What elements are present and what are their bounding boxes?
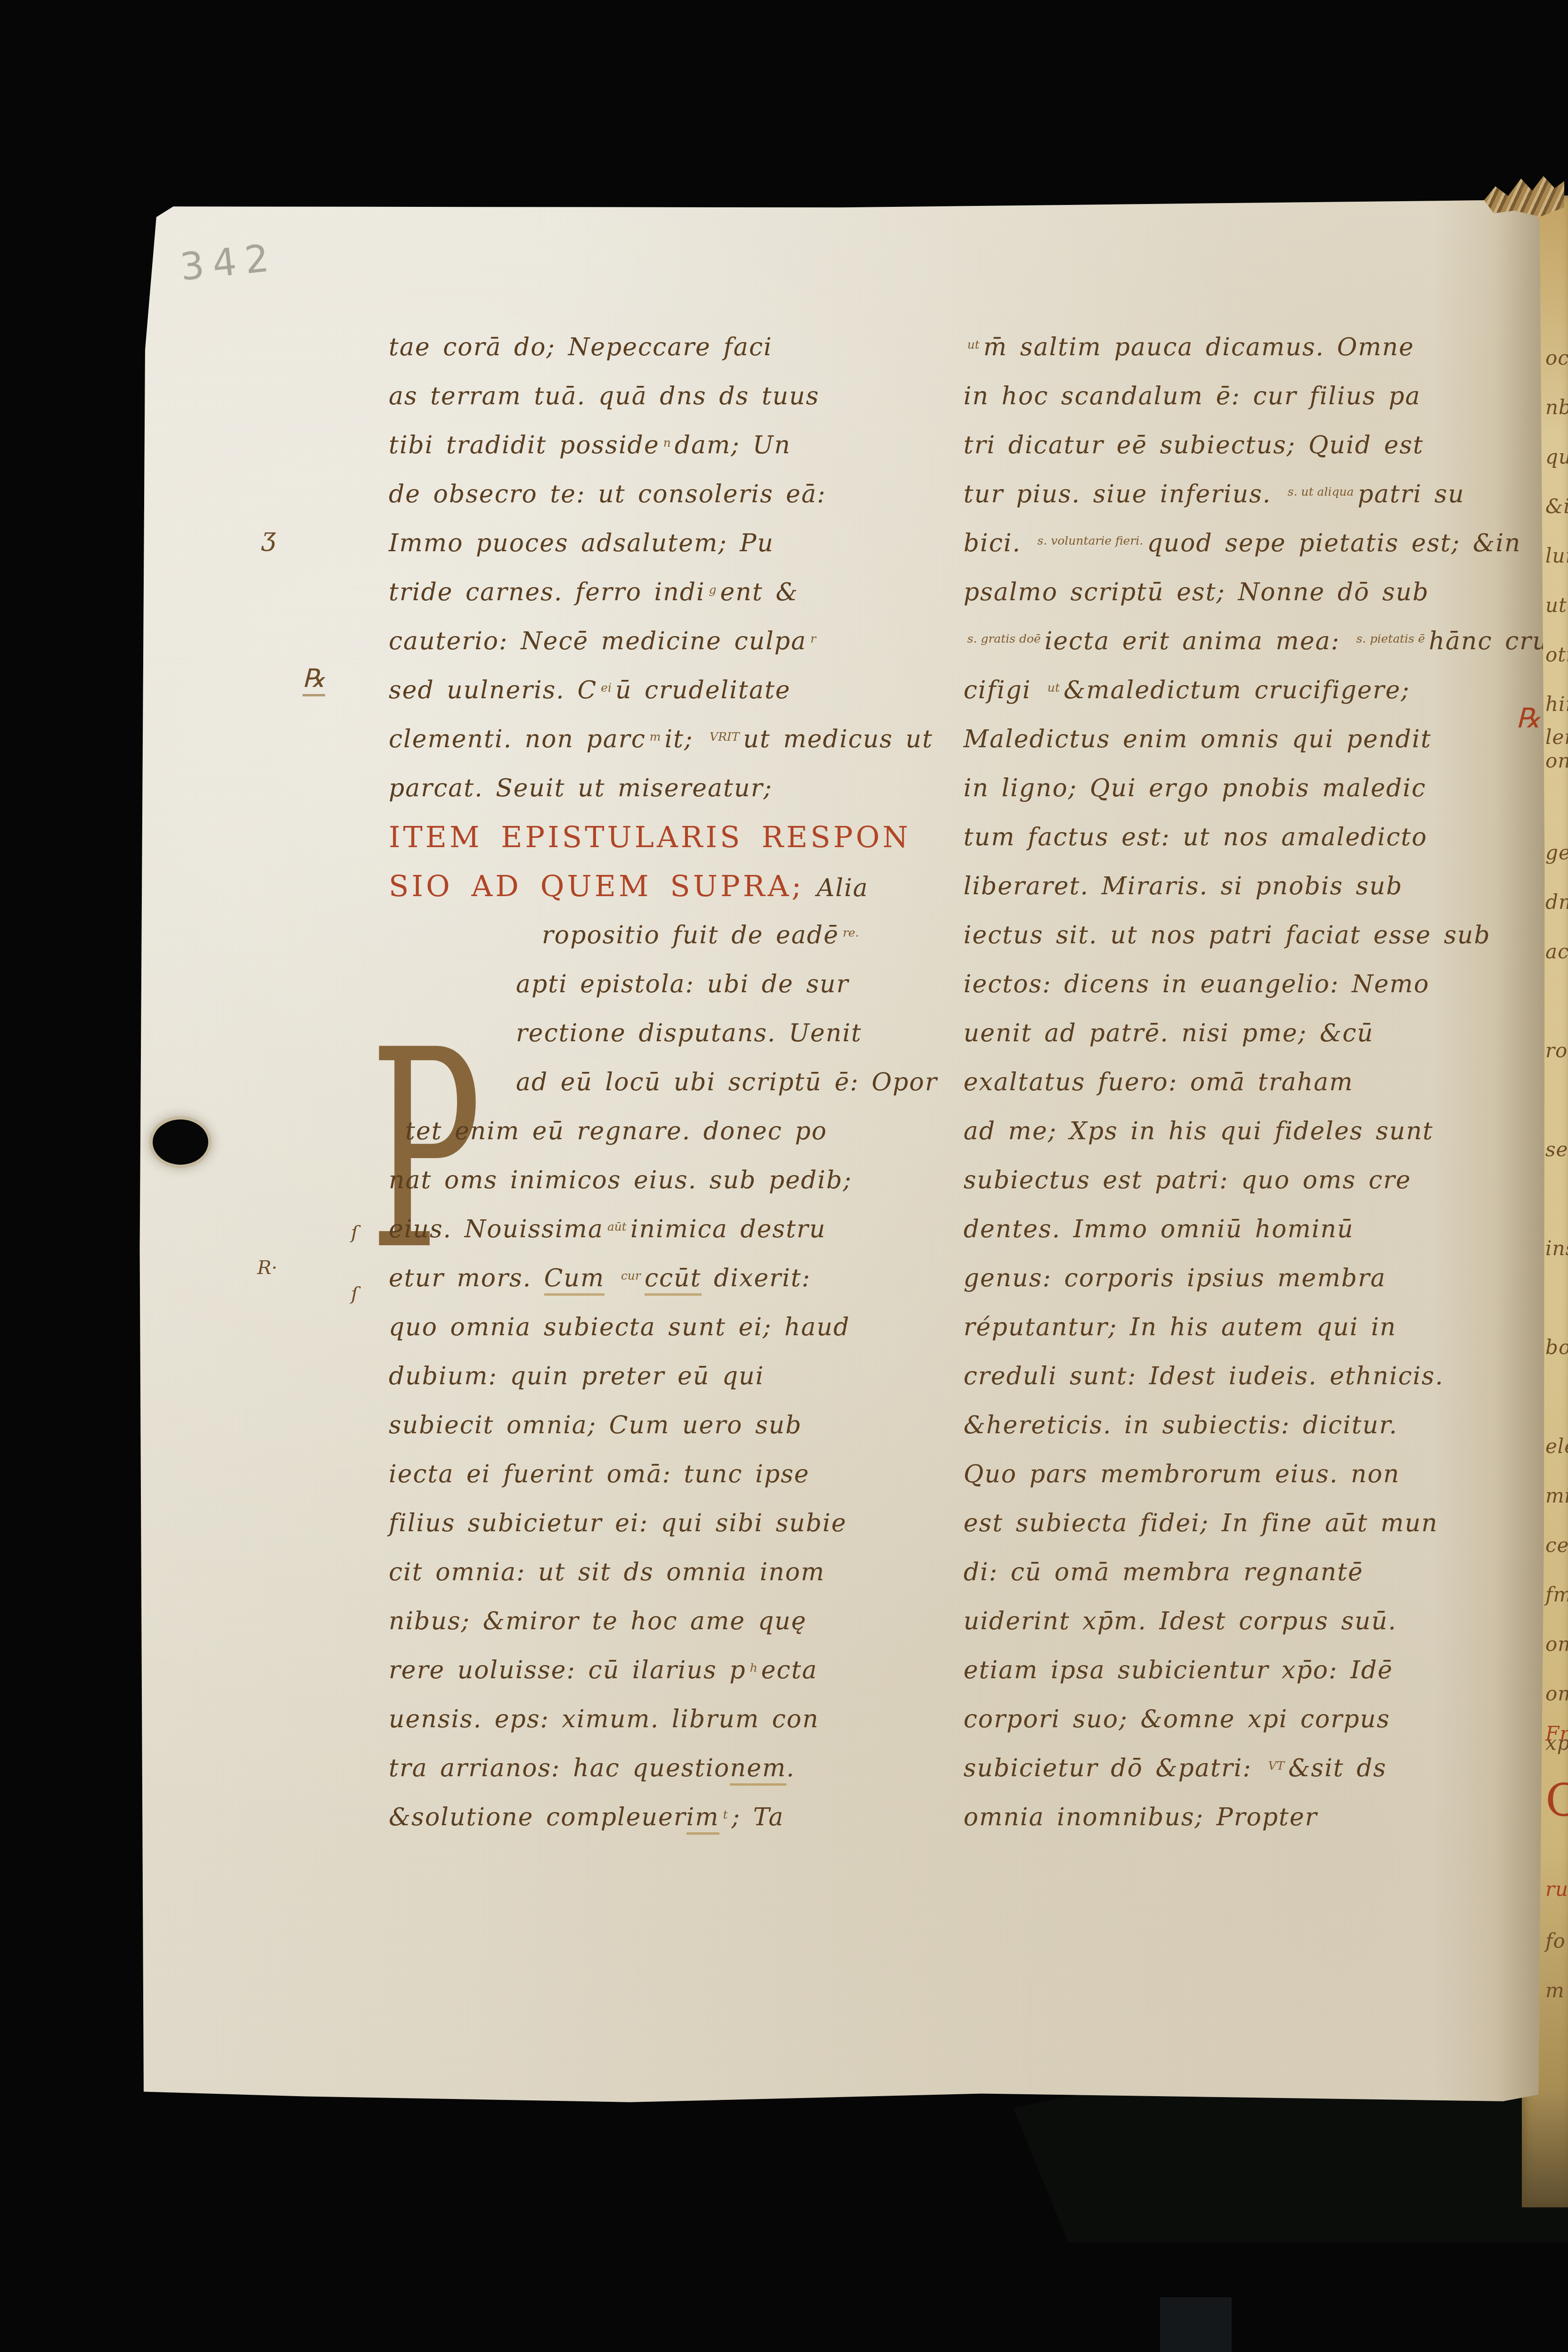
- edge-text-fragment: uth: [1545, 594, 1568, 617]
- text-line: utm̄ saltim pauca dicamus. Omne: [964, 323, 1519, 372]
- interlinear-gloss: g: [709, 583, 717, 596]
- text-line: tae corā do; Nepeccare faci: [389, 323, 987, 372]
- edge-text-fragment: ele: [1545, 1435, 1568, 1458]
- rubric-text: ITEM EPISTULARIS RESPON: [389, 820, 911, 854]
- text-line: tum factus est: ut nos amaledicto: [964, 813, 1519, 862]
- interlinear-gloss: cur: [621, 1269, 641, 1282]
- text-segment: m̄ saltim pauca dicamus. Omne: [983, 333, 1414, 361]
- edge-text-fragment: Fr: [1545, 1722, 1568, 1745]
- text-line: rectione disputans. Uenit: [389, 1009, 987, 1058]
- interlinear-gloss: t: [723, 1808, 728, 1821]
- text-segment: inimica destru: [630, 1215, 826, 1243]
- text-line: genus: corporis ipsius membra: [964, 1254, 1519, 1303]
- text-line: nibus; &miror te hoc ame quę: [389, 1597, 987, 1646]
- interlinear-gloss: s. voluntarie fieri.: [1037, 534, 1143, 547]
- text-segment: iectos: dicens in euangelio: Nemo: [964, 970, 1429, 998]
- text-line: subicietur dō &patri: VT&sit ds: [964, 1744, 1519, 1793]
- text-segment: dubium: quin preter eū qui: [389, 1362, 764, 1390]
- text-segment: tet enim eū regnare. donec po: [405, 1117, 827, 1145]
- interlinear-gloss: VRIT: [710, 730, 739, 743]
- text-line: tri dicatur eē subiectus; Quid est: [964, 421, 1519, 470]
- text-line: etiam ipsa subicientur xp̄o: Idē: [964, 1646, 1519, 1695]
- text-segment: subiecit omnia; Cum uero sub: [389, 1411, 802, 1439]
- interlinear-gloss: aūt: [607, 1220, 627, 1233]
- text-segment: apti epistola: ubi de sur: [516, 970, 849, 998]
- interlinear-gloss: s. ut aliqua: [1288, 485, 1354, 498]
- text-line: Quo pars membrorum eius. non: [964, 1450, 1519, 1499]
- interlinear-gloss: s. gratis doē: [967, 632, 1041, 645]
- text-line: SIO AD QUEM SUPRA; Alia: [389, 862, 987, 911]
- text-segment: di: cū omā membra regnantē: [964, 1558, 1364, 1586]
- binding-threads: [1484, 173, 1564, 217]
- text-segment: patri su: [1357, 480, 1464, 508]
- text-line: filius subicietur ei: qui sibi subie: [389, 1499, 987, 1548]
- parchment-hole: [153, 1119, 208, 1165]
- edge-text-fragment: quo: [1545, 445, 1568, 468]
- text-segment: iecta erit anima mea:: [1045, 627, 1353, 655]
- text-line: cit omnia: ut sit ds omnia inom: [389, 1548, 987, 1597]
- text-line: réputantur; In his autem qui in: [964, 1303, 1519, 1352]
- text-segment: [604, 1264, 617, 1292]
- text-line: cifigi ut&maledictum crucifigere;: [964, 666, 1519, 715]
- text-segment: etiam ipsa subicientur xp̄o: Idē: [964, 1656, 1393, 1684]
- text-line: quo omnia subiecta sunt ei; haud: [389, 1303, 987, 1352]
- text-line: tet enim eū regnare. donec po: [389, 1107, 987, 1156]
- edge-text-fragment: cet: [1545, 1534, 1568, 1557]
- text-segment: cit omnia: ut sit ds omnia inom: [389, 1558, 825, 1586]
- edge-text-fragment: acc: [1545, 940, 1568, 963]
- edge-text-fragment: ru.: [1545, 1878, 1568, 1901]
- text-segment: eius. Nouissima: [389, 1215, 604, 1243]
- text-line: omnia inomnibus; Propter: [964, 1793, 1519, 1842]
- text-segment: ad eū locū ubi scriptū ē: Opor: [516, 1068, 938, 1096]
- text-segment: dixerit:: [702, 1264, 811, 1292]
- text-segment: quod sepe pietatis est; &in: [1147, 529, 1521, 557]
- edge-text-fragment: bon: [1545, 1336, 1568, 1359]
- text-line: in ligno; Qui ergo pnobis maledic: [964, 764, 1519, 813]
- text-line: &solutione compleuerimt; Ta: [389, 1793, 987, 1842]
- text-segment: psalmo scriptū est; Nonne dō sub: [964, 578, 1429, 606]
- edge-text-fragment: oti;: [1545, 643, 1568, 666]
- text-segment: nibus; &miror te hoc ame quę: [389, 1607, 807, 1635]
- text-line: &hereticis. in subiectis: dicitur.: [964, 1401, 1519, 1450]
- interlinear-gloss: h: [750, 1661, 757, 1674]
- edge-text-fragment: C: [1545, 1774, 1568, 1827]
- text-segment: tum factus est: ut nos amaledicto: [964, 823, 1428, 851]
- text-segment: Alia: [804, 874, 868, 902]
- edge-text-fragment: lem: [1545, 726, 1568, 749]
- text-line: etur mors. Cum curccūt dixerit:: [389, 1254, 987, 1303]
- text-line: uiderint xp̄m. Idest corpus suū.: [964, 1597, 1519, 1646]
- text-segment: ecta: [761, 1656, 818, 1684]
- text-segment: liberaret. Miraris. si pnobis sub: [964, 872, 1403, 900]
- text-segment: Immo puoces adsalutem; Pu: [389, 529, 774, 557]
- text-segment: subicietur dō &patri:: [964, 1754, 1265, 1782]
- interlinear-gloss: r: [810, 632, 816, 645]
- text-line: di: cū omā membra regnantē: [964, 1548, 1519, 1597]
- text-segment: tri dicatur eē subiectus; Quid est: [964, 431, 1424, 459]
- text-line: tibi tradidit possidendam; Un: [389, 421, 987, 470]
- text-segment: dam; Un: [675, 431, 791, 459]
- text-segment: hānc cru: [1429, 627, 1549, 655]
- text-segment: rectione disputans. Uenit: [516, 1019, 862, 1047]
- text-segment: etur mors.: [389, 1264, 544, 1292]
- text-line: nat oms inimicos eius. sub pedib;: [389, 1156, 987, 1205]
- text-segment: iecta ei fuerint omā: tunc ipse: [389, 1460, 809, 1488]
- text-line: clementi. non parcmit; VRITut medicus ut: [389, 715, 987, 764]
- cradle-post: [1160, 2297, 1232, 2352]
- text-segment: in hoc scandalum ē: cur filius pa: [964, 382, 1421, 410]
- text-segment: genus: corporis ipsius membra: [964, 1264, 1386, 1292]
- text-segment: de obsecro te: ut consoleris eā:: [389, 480, 826, 508]
- text-line: exaltatus fuero: omā traham: [964, 1058, 1519, 1107]
- edge-text-fragment: fo: [1545, 1929, 1566, 1952]
- text-segment: ; Ta: [732, 1803, 784, 1831]
- interlinear-gloss: ut: [967, 338, 980, 351]
- text-line: rere uoluisse: cū ilarius phecta: [389, 1646, 987, 1695]
- text-segment: uenit ad patrē. nisi pme; &cū: [964, 1019, 1374, 1047]
- text-line: cauterio: Necē medicine culpar: [389, 617, 987, 666]
- edge-text-fragment: hin: [1545, 693, 1568, 716]
- text-segment: nem: [730, 1754, 786, 1786]
- text-segment: iectus sit. ut nos patri faciat esse sub: [964, 921, 1491, 949]
- text-segment: bici.: [964, 529, 1034, 557]
- margin-mark: ſ: [351, 1222, 358, 1243]
- folio-number-pencil: 342: [178, 235, 279, 289]
- text-segment: Quo pars membrorum eius. non: [964, 1460, 1400, 1488]
- interlinear-gloss: VT: [1268, 1759, 1285, 1772]
- text-segment: cauterio: Necē medicine culpa: [389, 627, 807, 655]
- edge-text-fragment: &ig: [1545, 495, 1568, 518]
- text-segment: Maledictus enim omnis qui pendit: [964, 725, 1431, 753]
- text-segment: uiderint xp̄m. Idest corpus suū.: [964, 1607, 1397, 1635]
- text-line: sed uulneris. Ceiū crudelitate: [389, 666, 987, 715]
- text-segment: cifigi: [964, 676, 1044, 704]
- edge-text-fragment: fm: [1545, 1583, 1568, 1606]
- interlinear-gloss: ut: [1047, 681, 1060, 694]
- interlinear-gloss: n: [663, 436, 671, 449]
- text-segment: .: [786, 1754, 795, 1782]
- text-line: Immo puoces adsalutem; Pu: [389, 519, 987, 568]
- edge-text-fragment: oni: [1545, 749, 1568, 772]
- text-segment: uensis. eps: ximum. librum con: [389, 1705, 819, 1733]
- text-segment: est subiecta fidei; In fine aūt mun: [964, 1509, 1438, 1537]
- text-line: psalmo scriptū est; Nonne dō sub: [964, 568, 1519, 617]
- edge-text-fragment: om: [1545, 1633, 1568, 1656]
- text-line: bici. s. voluntarie fieri.quod sepe piet…: [964, 519, 1519, 568]
- text-segment: subiectus est patri: quo oms cre: [964, 1166, 1411, 1194]
- text-segment: im: [686, 1803, 719, 1835]
- text-line: subiecit omnia; Cum uero sub: [389, 1401, 987, 1450]
- text-segment: clementi. non parc: [389, 725, 646, 753]
- text-line: parcat. Seuit ut misereatur;: [389, 764, 987, 813]
- text-line: iectos: dicens in euangelio: Nemo: [964, 960, 1519, 1009]
- text-line: liberaret. Miraris. si pnobis sub: [964, 862, 1519, 911]
- text-line: tur pius. siue inferius. s. ut aliquapat…: [964, 470, 1519, 519]
- text-segment: tibi tradidit posside: [389, 431, 660, 459]
- text-segment: &hereticis. in subiectis: dicitur.: [964, 1411, 1398, 1439]
- text-line: de obsecro te: ut consoleris eā:: [389, 470, 987, 519]
- text-segment: ropositio fuit de eadē: [542, 921, 839, 949]
- margin-mark: ʒ: [261, 522, 276, 552]
- text-segment: quo omnia subiecta sunt ei; haud: [389, 1313, 850, 1341]
- interlinear-gloss: ei: [601, 681, 612, 694]
- text-segment: filius subicietur ei: qui sibi subie: [389, 1509, 847, 1537]
- edge-text-fragment: m: [1545, 1979, 1565, 2002]
- text-line: dentes. Immo omniū hominū: [964, 1205, 1519, 1254]
- text-line: s. gratis doēiecta erit anima mea: s. pi…: [964, 617, 1519, 666]
- text-segment: it;: [664, 725, 706, 753]
- text-segment: exaltatus fuero: omā traham: [964, 1068, 1354, 1096]
- text-line: eius. Nouissimaaūtinimica destru: [389, 1205, 987, 1254]
- text-segment: in ligno; Qui ergo pnobis maledic: [964, 774, 1426, 802]
- text-segment: &sit ds: [1288, 1754, 1387, 1782]
- text-segment: ū crudelitate: [615, 676, 791, 704]
- text-line: Maledictus enim omnis qui pendit: [964, 715, 1519, 764]
- text-segment: tae corā do; Nepeccare faci: [389, 333, 772, 361]
- text-line: uenit ad patrē. nisi pme; &cū: [964, 1009, 1519, 1058]
- text-line: tra arrianos: hac questionem.: [389, 1744, 987, 1793]
- manuscript-photo: ocnnbuquo&iglumuthoti;hinlemonigendnaccr…: [0, 0, 1568, 2352]
- text-line: creduli sunt: Idest iudeis. ethnicis.: [964, 1352, 1519, 1401]
- text-line: iecta ei fuerint omā: tunc ipse: [389, 1450, 987, 1499]
- text-segment: ut medicus ut: [743, 725, 933, 753]
- text-line: as terram tuā. quā dns ds tuus: [389, 372, 987, 421]
- parchment-leaf: 342 P tae corā do; Nepeccare facias terr…: [137, 197, 1545, 2110]
- text-column-left: tae corā do; Nepeccare facias terram tuā…: [389, 323, 987, 1842]
- text-line: corpori suo; &omne xpi corpus: [964, 1695, 1519, 1744]
- text-segment: nat oms inimicos eius. sub pedib;: [389, 1166, 852, 1194]
- text-line: iectus sit. ut nos patri faciat esse sub: [964, 911, 1519, 960]
- interlinear-gloss: m: [650, 730, 661, 743]
- text-segment: dentes. Immo omniū hominū: [964, 1215, 1354, 1243]
- text-line: ITEM EPISTULARIS RESPON: [389, 813, 987, 862]
- rubric-text: SIO AD QUEM SUPRA;: [389, 869, 804, 903]
- text-line: ad eū locū ubi scriptū ē: Opor: [389, 1058, 987, 1107]
- text-segment: tur pius. siue inferius.: [964, 480, 1284, 508]
- edge-text-fragment: sel: [1545, 1138, 1568, 1161]
- text-segment: ccūt: [645, 1264, 702, 1296]
- text-line: est subiecta fidei; In fine aūt mun: [964, 1499, 1519, 1548]
- edge-text-fragment: mi: [1545, 1484, 1568, 1507]
- text-segment: omnia inomnibus; Propter: [964, 1803, 1318, 1831]
- text-line: ad me; Xps in his qui fideles sunt: [964, 1107, 1519, 1156]
- margin-mark: ℞: [302, 663, 325, 696]
- text-line: ropositio fuit de eadēre.: [389, 911, 987, 960]
- text-line: uensis. eps: ximum. librum con: [389, 1695, 987, 1744]
- edge-text-fragment: om: [1545, 1682, 1568, 1705]
- text-segment: parcat. Seuit ut misereatur;: [389, 774, 773, 802]
- text-segment: tra arrianos: hac questio: [389, 1754, 730, 1782]
- text-segment: réputantur; In his autem qui in: [964, 1313, 1396, 1341]
- text-line: tride carnes. ferro indigent &: [389, 568, 987, 617]
- text-segment: rere uoluisse: cū ilarius p: [389, 1656, 746, 1684]
- text-segment: creduli sunt: Idest iudeis. ethnicis.: [964, 1362, 1444, 1390]
- margin-mark: ℞: [1516, 702, 1541, 734]
- text-line: in hoc scandalum ē: cur filius pa: [964, 372, 1519, 421]
- edge-text-fragment: gen: [1545, 841, 1568, 864]
- edge-text-fragment: rot: [1545, 1039, 1568, 1062]
- margin-mark: R·: [257, 1257, 278, 1279]
- interlinear-gloss: re.: [843, 926, 859, 939]
- edge-text-fragment: nbu: [1545, 396, 1568, 419]
- text-segment: tride carnes. ferro indi: [389, 578, 705, 606]
- text-segment: Cum: [544, 1264, 605, 1296]
- text-segment: ad me; Xps in his qui fideles sunt: [964, 1117, 1434, 1145]
- text-segment: sed uulneris. C: [389, 676, 597, 704]
- text-line: apti epistola: ubi de sur: [389, 960, 987, 1009]
- text-segment: &solutione compleuer: [389, 1803, 686, 1831]
- text-segment: ent &: [720, 578, 799, 606]
- text-column-right: utm̄ saltim pauca dicamus. Omnein hoc sc…: [964, 323, 1519, 1842]
- edge-text-fragment: ins: [1545, 1237, 1568, 1260]
- text-line: subiectus est patri: quo oms cre: [964, 1156, 1519, 1205]
- interlinear-gloss: s. pietatis ē: [1356, 632, 1425, 645]
- edge-text-fragment: ocn: [1545, 346, 1568, 369]
- edge-text-fragment: lum: [1545, 544, 1568, 567]
- edge-text-fragment: dn: [1545, 890, 1568, 914]
- text-line: dubium: quin preter eū qui: [389, 1352, 987, 1401]
- margin-mark: ſ: [351, 1283, 358, 1305]
- text-segment: corpori suo; &omne xpi corpus: [964, 1705, 1390, 1733]
- text-segment: as terram tuā. quā dns ds tuus: [389, 382, 819, 410]
- text-segment: &maledictum crucifigere;: [1063, 676, 1410, 704]
